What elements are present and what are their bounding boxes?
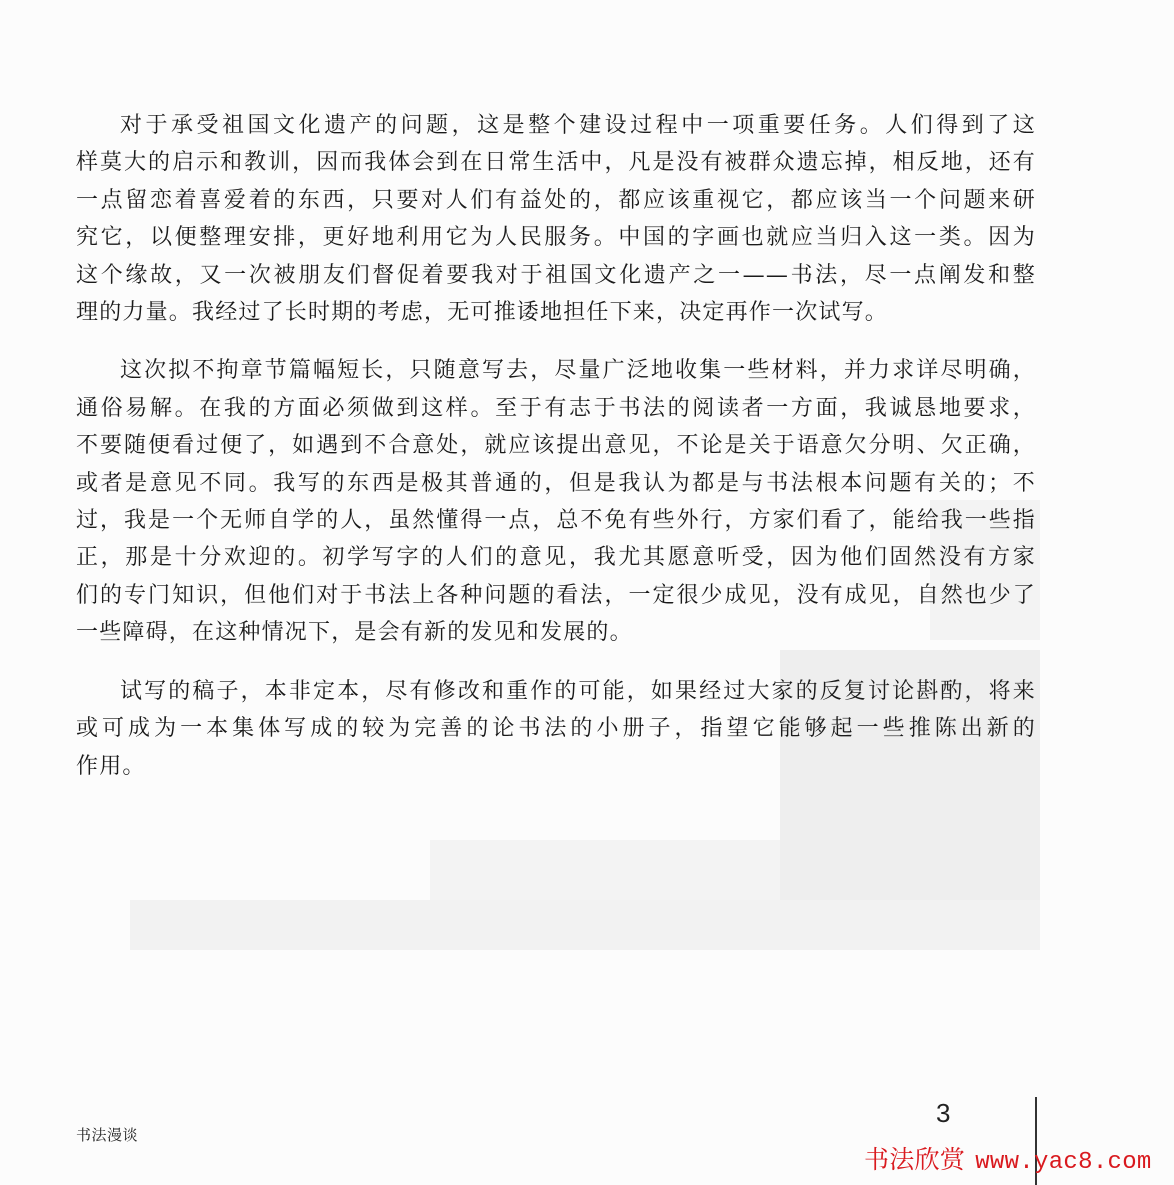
paragraph-3: 试写的稿子，本非定本，尽有修改和重作的可能，如果经过大家的反复讨论斟酌，将来 或… xyxy=(76,673,1036,785)
paragraph-2: 这次拟不拘章节篇幅短长，只随意写去，尽量广泛地收集一些材料，并力求详尽明确， 通… xyxy=(76,352,1036,651)
scan-shading xyxy=(130,900,1040,950)
text-line: 理的力量。我经过了长时期的考虑，无可推诿地担任下来，决定再作一次试写。 xyxy=(76,294,1036,331)
text-line: 作用。 xyxy=(76,748,1036,785)
page-number: 3 xyxy=(936,1098,950,1129)
text-line: 这次拟不拘章节篇幅短长，只随意写去，尽量广泛地收集一些材料，并力求详尽明确， xyxy=(76,352,1036,389)
running-footer-title: 书法漫谈 xyxy=(76,1124,138,1145)
text-line: 正，那是十分欢迎的。初学写字的人们的意见，我尤其愿意听受，因为他们固然没有方家 xyxy=(76,539,1036,576)
body-text: 对于承受祖国文化遗产的问题，这是整个建设过程中一项重要任务。人们得到了这 样莫大… xyxy=(76,107,1036,806)
text-line: 过，我是一个无师自学的人，虽然懂得一点，总不免有些外行，方家们看了，能给我一些指 xyxy=(76,502,1036,539)
watermark-url: www.yac8.com xyxy=(975,1149,1151,1176)
text-line: 们的专门知识，但他们对于书法上各种问题的看法，一定很少成见，没有成见，自然也少了 xyxy=(76,577,1036,614)
text-line: 通俗易解。在我的方面必须做到这样。至于有志于书法的阅读者一方面，我诚恳地要求， xyxy=(76,390,1036,427)
text-line: 或可成为一本集体写成的较为完善的论书法的小册子，指望它能够起一些推陈出新的 xyxy=(76,710,1036,747)
book-page: 对于承受祖国文化遗产的问题，这是整个建设过程中一项重要任务。人们得到了这 样莫大… xyxy=(0,0,1174,1185)
text-line: 或者是意见不同。我写的东西是极其普通的，但是我认为都是与书法根本问题有关的；不 xyxy=(76,465,1036,502)
text-line: 对于承受祖国文化遗产的问题，这是整个建设过程中一项重要任务。人们得到了这 xyxy=(76,107,1036,144)
paragraph-1: 对于承受祖国文化遗产的问题，这是整个建设过程中一项重要任务。人们得到了这 样莫大… xyxy=(76,107,1036,331)
text-line: 这个缘故，又一次被朋友们督促着要我对于祖国文化遗产之一——书法，尽一点阐发和整 xyxy=(76,257,1036,294)
watermark-text: 书法欣赏 xyxy=(864,1147,965,1174)
site-watermark: 书法欣赏www.yac8.com xyxy=(864,1140,1152,1176)
text-line: 试写的稿子，本非定本，尽有修改和重作的可能，如果经过大家的反复讨论斟酌，将来 xyxy=(76,673,1036,710)
text-line: 不要随便看过便了，如遇到不合意处，就应该提出意见，不论是关于语意欠分明、欠正确， xyxy=(76,427,1036,464)
scan-shading xyxy=(430,840,780,900)
text-line: 一点留恋着喜爱着的东西，只要对人们有益处的，都应该重视它，都应该当一个问题来研 xyxy=(76,182,1036,219)
text-line: 究它，以便整理安排，更好地利用它为人民服务。中国的字画也就应当归入这一类。因为 xyxy=(76,219,1036,256)
text-line: 一些障碍，在这种情况下，是会有新的发见和发展的。 xyxy=(76,614,1036,651)
text-line: 样莫大的启示和教训，因而我体会到在日常生活中，凡是没有被群众遗忘掉，相反地，还有 xyxy=(76,144,1036,181)
